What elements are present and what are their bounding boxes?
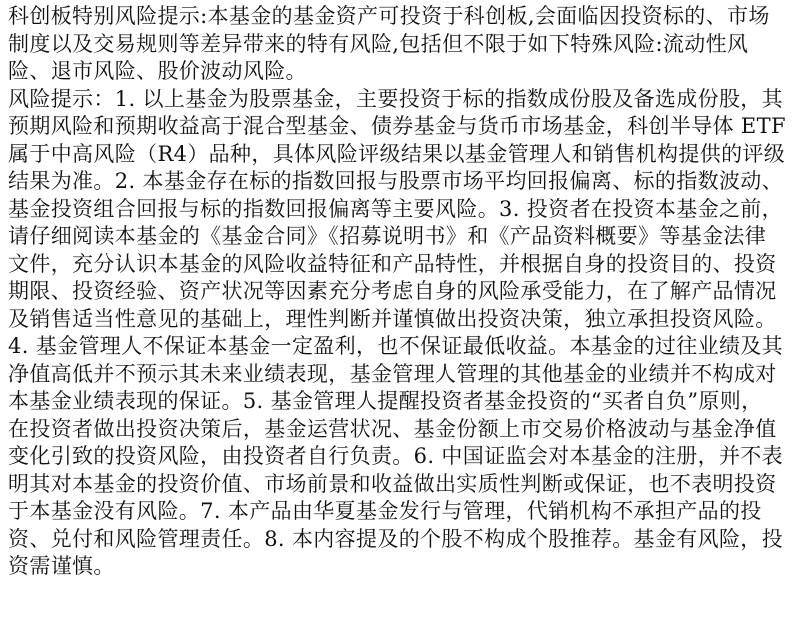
text-line: 科创板特别风险提示:本基金的基金资产可投资于科创板,会面临因投资标的、市场 [8, 3, 798, 31]
text-line: 资、兑付和风险管理责任。8. 本内容提及的个股不构成个股推荐。基金有风险，投 [8, 526, 798, 554]
text-line: 资需谨慎。 [8, 553, 798, 581]
text-line: 期限、投资经验、资产状况等因素充分考虑自身的风险承受能力，在了解产品情况 [8, 278, 798, 306]
text-line [8, 581, 798, 609]
text-line: 属于中高风险（R4）品种，具体风险评级结果以基金管理人和销售机构提供的评级 [8, 141, 798, 169]
text-line: 请仔细阅读本基金的《基金合同》《招募说明书》和《产品资料概要》等基金法律 [8, 223, 798, 251]
text-line: 在投资者做出投资决策后，基金运营状况、基金份额上市交易价格波动与基金净值 [8, 416, 798, 444]
text-line: 4. 基金管理人不保证本基金一定盈利，也不保证最低收益。本基金的过往业绩及其 [8, 333, 798, 361]
text-line: 及销售适当性意见的基础上，理性判断并谨慎做出投资决策，独立承担投资风险。 [8, 306, 798, 334]
text-line: 本基金业绩表现的保证。5. 基金管理人提醒投资者基金投资的“买者自负”原则， [8, 388, 798, 416]
general-risk-paragraph: 风险提示：1. 以上基金为股票基金，主要投资于标的指数成份股及备选成份股，其 预… [8, 86, 798, 609]
text-line: 文件，充分认识本基金的风险收益特征和产品特性，并根据自身的投资目的、投资 [8, 251, 798, 279]
text-line: 基金投资组合回报与标的指数回报偏离等主要风险。3. 投资者在投资本基金之前， [8, 196, 798, 224]
text-line: 净值高低并不预示其未来业绩表现，基金管理人管理的其他基金的业绩并不构成对 [8, 361, 798, 389]
text-line: 于本基金没有风险。7. 本产品由华夏基金发行与管理，代销机构不承担产品的投 [8, 498, 798, 526]
risk-disclosure-document: 科创板特别风险提示:本基金的基金资产可投资于科创板,会面临因投资标的、市场 制度… [8, 3, 798, 608]
text-line: 险、退市风险、股价波动风险。 [8, 58, 798, 86]
text-line: 结果为准。2. 本基金存在标的指数回报与股票市场平均回报偏离、标的指数波动、 [8, 168, 798, 196]
text-line: 预期风险和预期收益高于混合型基金、债券基金与货币市场基金，科创半导体 ETF [8, 113, 798, 141]
star-market-risk-paragraph: 科创板特别风险提示:本基金的基金资产可投资于科创板,会面临因投资标的、市场 制度… [8, 3, 798, 86]
text-line: 制度以及交易规则等差异带来的特有风险,包括但不限于如下特殊风险:流动性风 [8, 31, 798, 59]
text-line: 风险提示：1. 以上基金为股票基金，主要投资于标的指数成份股及备选成份股，其 [8, 86, 798, 114]
text-line: 变化引致的投资风险，由投资者自行负责。6. 中国证监会对本基金的注册，并不表 [8, 443, 798, 471]
text-line: 明其对本基金的投资价值、市场前景和收益做出实质性判断或保证，也不表明投资 [8, 471, 798, 499]
